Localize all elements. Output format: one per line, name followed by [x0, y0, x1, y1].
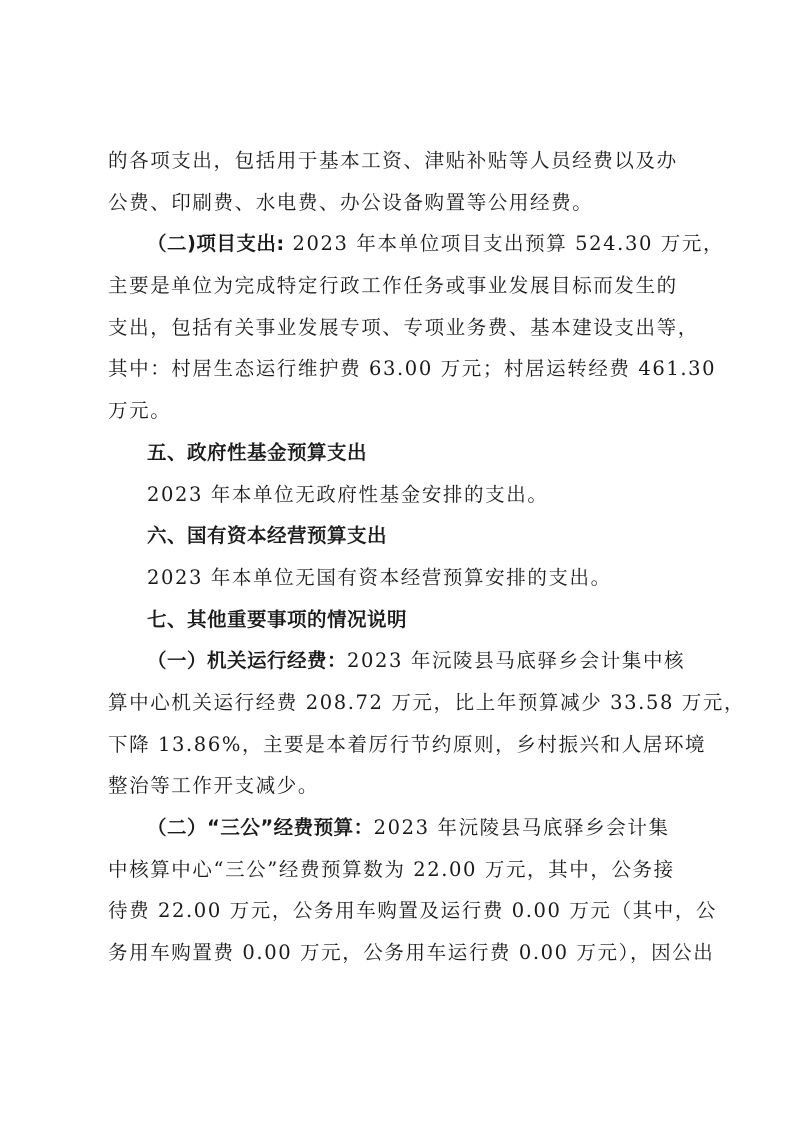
project-expenditure-paragraph: （二)项目支出: 2023 年本单位项目支出预算 524.30 万元， [108, 223, 688, 265]
body-text-line: 2023 年本单位无国有资本经营预算安排的支出。 [108, 557, 688, 599]
section-heading-5: 五、政府性基金预算支出 [108, 432, 688, 474]
document-body: 的各项支出，包括用于基本工资、津贴补贴等人员经费以及办 公费、印刷费、水电费、办… [108, 140, 688, 974]
section-heading-7: 七、其他重要事项的情况说明 [108, 599, 688, 641]
three-public-expense-paragraph: （二）“三公”经费预算：2023 年沅陵县马底驿乡会计集 [108, 807, 688, 849]
body-text-line: 公费、印刷费、水电费、办公设备购置等公用经费。 [108, 182, 688, 224]
body-text-line: 2023 年本单位无政府性基金安排的支出。 [108, 474, 688, 516]
body-text-line: 支出，包括有关事业发展专项、专项业务费、基本建设支出等， [108, 307, 688, 349]
section-heading-6: 六、国有资本经营预算支出 [108, 515, 688, 557]
body-text-line: 务用车购置费 0.00 万元，公务用车运行费 0.00 万元），因公出 [108, 932, 688, 974]
paragraph-lead-label: （二)项目支出: [147, 232, 285, 255]
paragraph-lead-label: （二）“三公”经费预算： [147, 816, 374, 839]
paragraph-lead-label: （一）机关运行经费： [147, 649, 347, 672]
body-text-line: 主要是单位为完成特定行政工作任务或事业发展目标而发生的 [108, 265, 688, 307]
body-text-line: 其中：村居生态运行维护费 63.00 万元；村居运转经费 461.30 [108, 348, 688, 390]
body-text-line: 万元。 [108, 390, 688, 432]
paragraph-text: 2023 年沅陵县马底驿乡会计集 [374, 816, 670, 839]
paragraph-text: 2023 年沅陵县马底驿乡会计集中核 [347, 649, 685, 672]
body-text-line: 算中心机关运行经费 208.72 万元，比上年预算减少 33.58 万元， [108, 682, 688, 724]
operating-expense-paragraph: （一）机关运行经费：2023 年沅陵县马底驿乡会计集中核 [108, 640, 688, 682]
body-text-line: 的各项支出，包括用于基本工资、津贴补贴等人员经费以及办 [108, 140, 688, 182]
paragraph-text: 2023 年本单位项目支出预算 524.30 万元， [285, 232, 724, 255]
body-text-line: 待费 22.00 万元，公务用车购置及运行费 0.00 万元（其中，公 [108, 890, 688, 932]
body-text-line: 中核算中心“三公”经费预算数为 22.00 万元，其中，公务接 [108, 849, 688, 891]
body-text-line: 下降 13.86%，主要是本着厉行节约原则，乡村振兴和人居环境 [108, 724, 688, 766]
body-text-line: 整治等工作开支减少。 [108, 765, 688, 807]
document-page: 的各项支出，包括用于基本工资、津贴补贴等人员经费以及办 公费、印刷费、水电费、办… [0, 0, 793, 1122]
